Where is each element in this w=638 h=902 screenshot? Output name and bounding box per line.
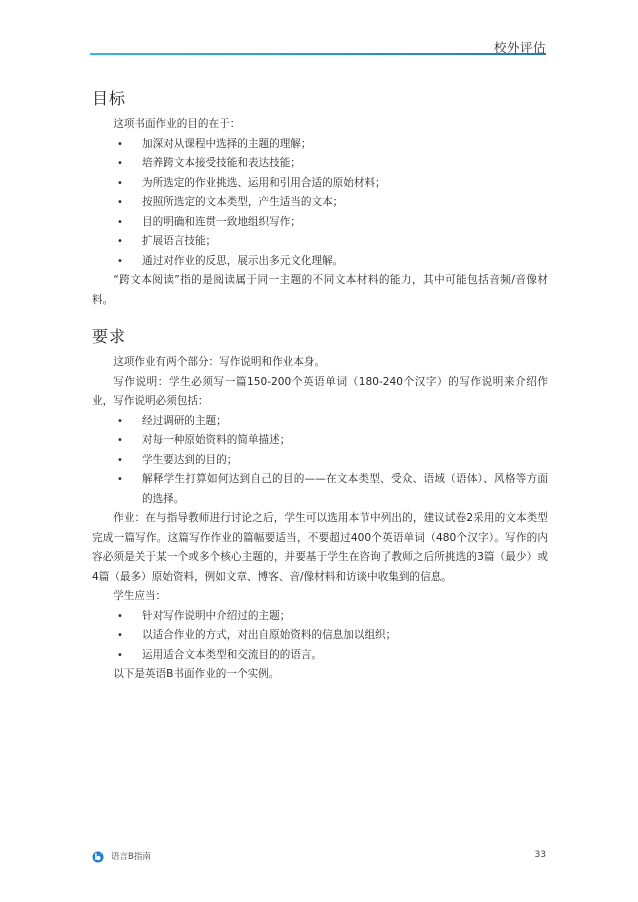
list-item: •按照所选定的文本类型，产生适当的文本； bbox=[92, 193, 548, 213]
list-item: •通过对作业的反思，展示出多元文化理解。 bbox=[92, 252, 548, 272]
list-item: •加深对从课程中选择的主题的理解； bbox=[92, 135, 548, 155]
list-item: •培养跨文本接受技能和表达技能； bbox=[92, 154, 548, 174]
section-heading-objectives: 目标 bbox=[92, 86, 548, 109]
bullet-icon: • bbox=[117, 607, 123, 627]
list-item: •目的明确和连贯一致地组织写作； bbox=[92, 213, 548, 233]
objectives-intro: 这项书面作业的目的在于： bbox=[92, 115, 548, 135]
bullet-icon: • bbox=[117, 213, 123, 233]
bullet-icon: • bbox=[117, 451, 123, 471]
bullet-icon: • bbox=[117, 626, 123, 646]
cross-text-reading-note: “跨文本阅读”指的是阅读属于同一主题的不同文本材料的能力，其中可能包括音频/音像… bbox=[92, 271, 548, 310]
footer-guide-title: 语言B指南 bbox=[111, 850, 151, 862]
list-item: •对每一种原始资料的简单描述； bbox=[92, 431, 548, 451]
students-should-intro: 学生应当： bbox=[92, 587, 548, 607]
rationale-paragraph: 写作说明：学生必须写一篇150-200个英语单词（180-240个汉字）的写作说… bbox=[92, 373, 548, 412]
list-item: •学生要达到的目的； bbox=[92, 451, 548, 471]
list-item: •以适合作业的方式，对出自原始资料的信息加以组织； bbox=[92, 626, 548, 646]
bullet-icon: • bbox=[117, 431, 123, 451]
section-heading-requirements: 要求 bbox=[92, 324, 548, 347]
list-item: •扩展语言技能； bbox=[92, 232, 548, 252]
requirements-intro: 这项作业有两个部分：写作说明和作业本身。 bbox=[92, 353, 548, 373]
list-item: •运用适合文本类型和交流目的的语言。 bbox=[92, 646, 548, 666]
rationale-list: •经过调研的主题； •对每一种原始资料的简单描述； •学生要达到的目的； •解释… bbox=[92, 412, 548, 510]
header-divider bbox=[90, 53, 546, 55]
bullet-icon: • bbox=[117, 252, 123, 272]
list-item: •针对写作说明中介绍过的主题； bbox=[92, 607, 548, 627]
page-content: 目标 这项书面作业的目的在于： •加深对从课程中选择的主题的理解； •培养跨文本… bbox=[92, 86, 548, 685]
bullet-icon: • bbox=[117, 232, 123, 252]
task-paragraph: 作业：在与指导教师进行讨论之后，学生可以选用本节中列出的，建议试卷2采用的文本类… bbox=[92, 509, 548, 587]
bullet-icon: • bbox=[117, 135, 123, 155]
example-intro: 以下是英语B书面作业的一个实例。 bbox=[92, 665, 548, 685]
bullet-icon: • bbox=[117, 646, 123, 666]
bullet-icon: • bbox=[117, 154, 123, 174]
bullet-icon: • bbox=[117, 412, 123, 432]
bullet-icon: • bbox=[117, 470, 123, 490]
bullet-icon: • bbox=[117, 193, 123, 213]
list-item: •为所选定的作业挑选、运用和引用合适的原始材料； bbox=[92, 174, 548, 194]
ib-logo-icon bbox=[92, 851, 104, 863]
page-number: 33 bbox=[535, 850, 546, 860]
bullet-icon: • bbox=[117, 174, 123, 194]
list-item: •经过调研的主题； bbox=[92, 412, 548, 432]
list-item: •解释学生打算如何达到自己的目的——在文本类型、受众、语域（语体）、风格等方面的… bbox=[92, 470, 548, 509]
students-should-list: •针对写作说明中介绍过的主题； •以适合作业的方式，对出自原始资料的信息加以组织… bbox=[92, 607, 548, 666]
objectives-list: •加深对从课程中选择的主题的理解； •培养跨文本接受技能和表达技能； •为所选定… bbox=[92, 135, 548, 272]
